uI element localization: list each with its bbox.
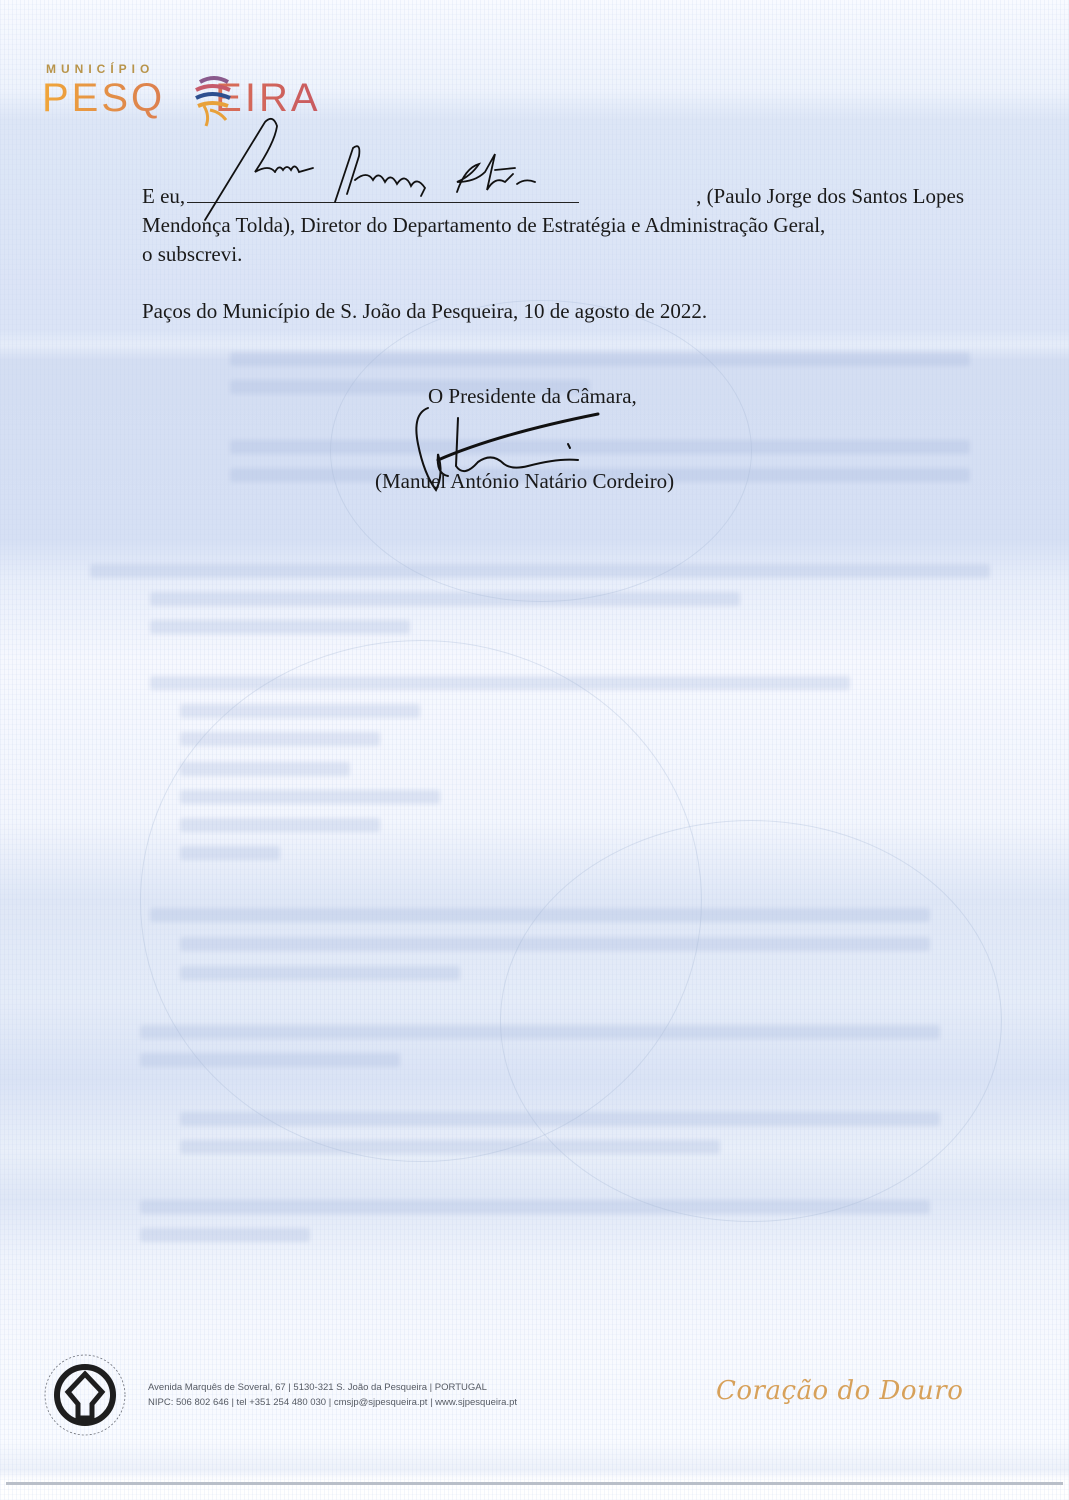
signature-blank [187, 184, 579, 203]
scan-edge-rule [6, 1482, 1063, 1485]
signature-suffix: , (Paulo Jorge dos Santos Lopes [696, 182, 964, 211]
pesqueira-emblem-icon [180, 70, 236, 128]
date-line: Paços do Município de S. João da Pesquei… [142, 297, 707, 326]
world-heritage-icon [42, 1352, 128, 1438]
president-name: (Manuel António Natário Cordeiro) [375, 467, 674, 496]
coracao-do-douro-brand: Coração do Douro [716, 1376, 963, 1406]
logo-municipio-label: MUNICÍPIO [46, 62, 154, 76]
signature-prefix: E eu, [142, 182, 185, 211]
logo-wordmark-left: PESQ [42, 76, 165, 120]
footer-contacts: NIPC: 506 802 646 | tel +351 254 480 030… [148, 1395, 517, 1410]
subscription-paragraph: E eu, , (Paulo Jorge dos Santos Lopes Me… [142, 182, 964, 269]
president-title: O Presidente da Câmara, [428, 382, 637, 411]
footer-contact: Avenida Marquês de Soveral, 67 | 5130-32… [148, 1380, 517, 1410]
director-role-text: Mendonça Tolda), Diretor do Departamento… [142, 211, 964, 240]
municipio-pesqueira-logo: MUNICÍPIO PESQEIRA [42, 58, 342, 128]
signature-line: E eu, , (Paulo Jorge dos Santos Lopes [142, 182, 964, 211]
subscribed-text: o subscrevi. [142, 240, 964, 269]
scanned-page: MUNICÍPIO PESQEIRA E eu, , (Paulo Jorge … [0, 0, 1069, 1500]
footer-address: Avenida Marquês de Soveral, 67 | 5130-32… [148, 1380, 517, 1395]
